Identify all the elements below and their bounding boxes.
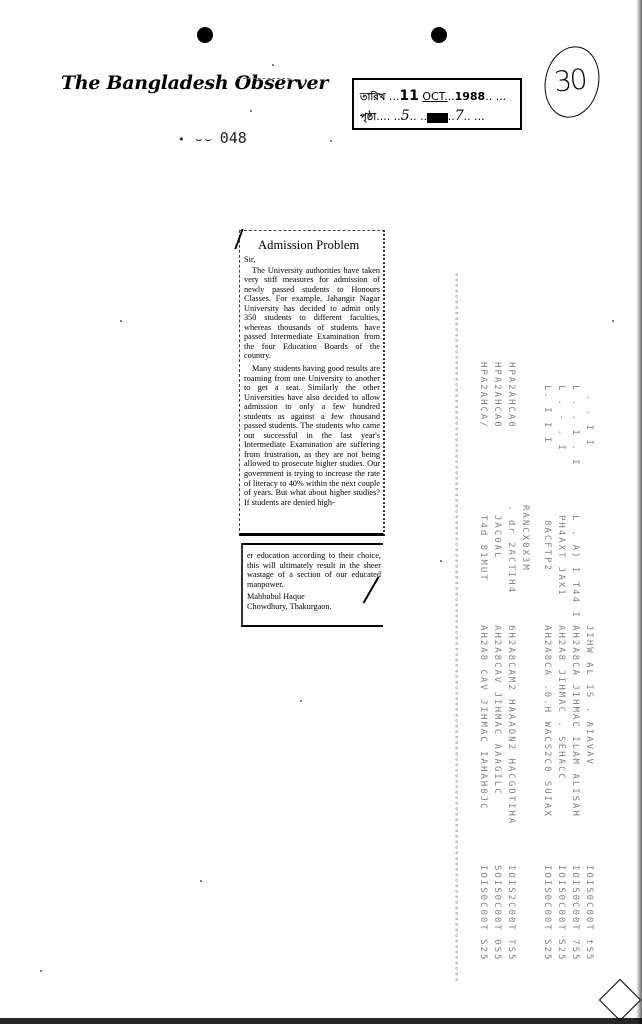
punch-hole-right [431,27,447,43]
bleed-text-c4: AH2A8 JIHMAC . SEHACC [556,625,566,781]
stamp-date-row: তারিখ ...11 OCT...1988.. ... [360,88,506,107]
bleed-text-b5: PH4AXT JAX1 [556,515,566,597]
scan-speck [330,140,332,142]
bleed-text-b4: 8ACFTP2 [542,520,552,572]
bleed-text-d5: IOIS0C00T 7S5 [570,865,580,961]
scan-speck [440,560,442,562]
punch-hole-left [197,27,213,43]
stamp-date-day: 11 [399,88,418,104]
bleed-text-a2: HPA2AHCA0 [506,362,516,429]
stamp-page-label: পৃষ্ঠা [360,112,376,123]
bleed-text-b6: L . A) I T44 I [570,515,580,619]
bleed-text-c1: AH2A8CAV JIHMAC AAAGILC [492,625,502,796]
stamp-column-label: কলাম [427,113,448,123]
scan-speck [120,320,122,322]
letter-paragraph: Many students having good results are ro… [244,364,380,507]
scan-speck [300,700,302,702]
stamp-page-row: পৃষ্ঠা.... ..5.. ..কলাম..7.. ... [360,108,485,127]
bleed-text-a3: L. I I I [542,385,552,444]
scan-bottom-edge [0,1018,642,1024]
scan-speck [272,64,274,66]
letter-continuation-body: er education according to their choice, … [247,551,381,611]
letter-title: Admission Problem [258,238,359,253]
scan-speck [612,320,614,322]
bleed-text-b3: RANCX0X3M [520,505,530,572]
bleed-text-b2: . dr 2ACTIH4 [506,505,516,594]
scan-speck [200,880,202,882]
scan-speck [250,110,252,112]
stamp-date-label: তারিখ [360,92,385,103]
bleed-text-d6: IOIS0C00T tS5 [584,865,594,961]
bleed-text-b0: T4d 81MUT [478,515,488,582]
newspaper-masthead: The Bangladesh Observer [61,72,328,94]
bleed-text-c6: JIHW AL IS . AIAVAV [584,625,594,766]
scan-speck [40,970,42,972]
author-location: Chowdhury, Thakurgaon. [247,602,381,612]
author-name: Mahbubul Haque [247,592,381,602]
bleed-text-a1: HPA2AHCA0 [492,362,502,429]
bleed-text-c2: 6H2A8CAM2 HAAADN2 HACGOTIHA [506,625,516,825]
bleed-text-c3: AH2A8CA .0.H WACS2C0 SUIAX [542,625,552,818]
bleed-text-a6: . . I I [584,395,594,447]
letter-paragraph: The University authorities have taken ve… [244,266,380,361]
bleed-text-c5: AH2A8CA JIHMAC ILAM ALISAH [570,625,580,818]
letter-continuation-text: er education according to their choice, … [247,551,381,589]
stamp-column-value: 7 [455,108,464,124]
bleed-text-a4: L . - . I [556,385,566,452]
reference-number: • ⌣⌣048 [178,129,247,147]
scan-right-edge [636,0,642,1024]
stamp-date-year: 1988 [455,90,486,103]
letter-clipping-continuation: er education according to their choice, … [241,543,383,627]
bleed-dot-leader: ∘∘∘∘∘∘∘∘∘∘∘∘∘∘∘∘∘∘∘∘∘∘∘∘∘∘∘∘∘∘∘∘∘∘∘∘∘∘∘∘… [452,272,461,983]
bleed-text-a5: L . . I . I [570,385,580,467]
folio-number: 30 [552,62,587,98]
bleed-text-d4: IOIS0C00T S25 [556,865,566,961]
archive-page: The Bangladesh Observer • ⌣⌣048 তারিখ ..… [0,0,642,1024]
bleed-text-c0: AH2A8 CAV JIHMAC IAHAH8JC [478,625,488,810]
bleed-text-d0: IOIS0C00T S25 [478,865,488,961]
letter-clipping: Admission Problem Sir, The University au… [239,230,385,536]
bleed-text-a0: HPA2AHCA/ [478,362,488,429]
date-stamp: তারিখ ...11 OCT...1988.. ... পৃষ্ঠা.... … [352,78,522,130]
reference-number-value: 048 [220,129,247,147]
bleed-text-d3: IOIS0C00T S25 [542,865,552,961]
folded-corner [599,979,641,1021]
stamp-page-value: 5 [401,108,410,124]
stamp-date-month: OCT. [422,90,447,103]
ref-dots: • ⌣⌣ [178,133,214,146]
bleed-text-d2: IOIS2C00T TS5 [506,865,516,961]
letter-body: Sir, The University authorities have tak… [244,255,380,507]
masthead-rule [238,78,290,80]
letter-salutation: Sir, [244,255,380,265]
letter-signature: Mahbubul Haque Chowdhury, Thakurgaon. [247,592,381,611]
bleed-text-d1: SOIS0C00T 0S5 [492,865,502,961]
clipping-corner-mark [234,229,257,249]
bleed-text-b1: JAC0AL [492,515,502,560]
